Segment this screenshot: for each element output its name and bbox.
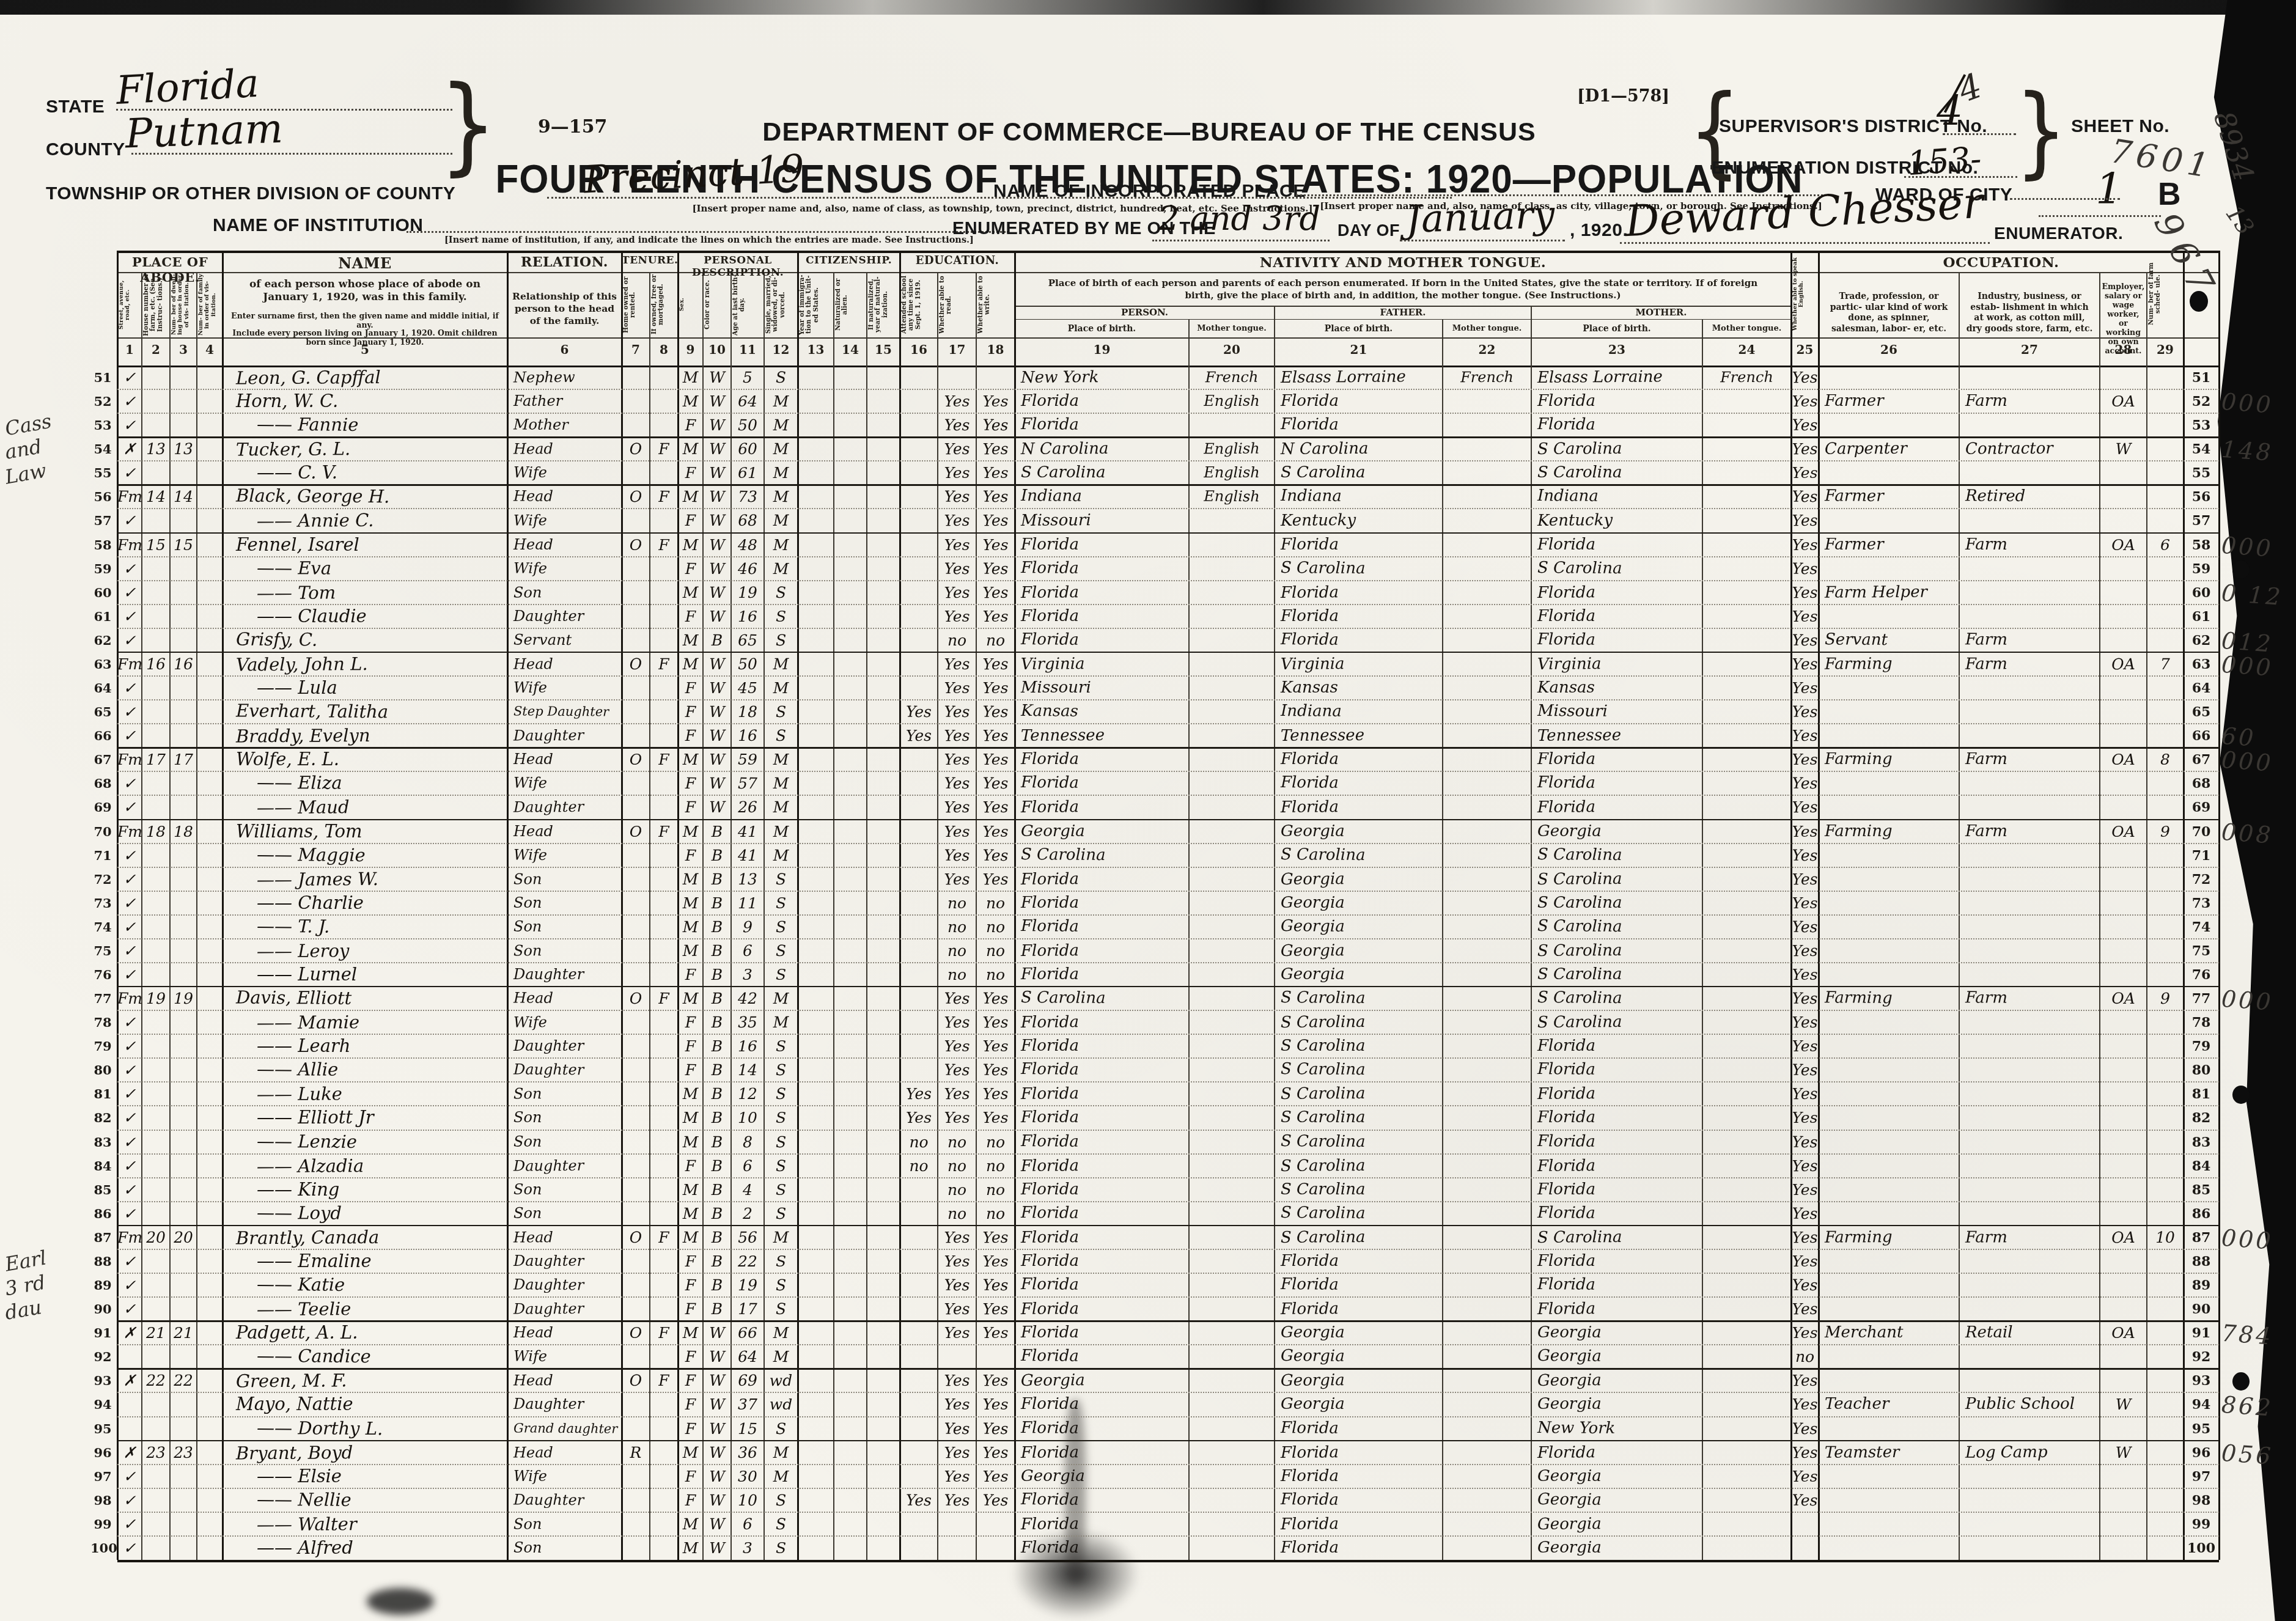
cell-pb: Florida [1015, 1418, 1189, 1443]
cell-rl: Step Daughter [507, 701, 622, 726]
cell-mb: Florida [1531, 391, 1702, 415]
cell-rd: no [938, 941, 976, 965]
cell-ag: 26 [731, 797, 764, 821]
cell-sx: F [678, 773, 703, 797]
cell-wr: no [976, 941, 1015, 965]
cell-en: Yes [1791, 1012, 1819, 1036]
cell-en: Yes [1791, 726, 1819, 749]
cell-m: F [650, 1227, 678, 1251]
line-number-left: 91 [90, 1325, 115, 1340]
cell-mb: S Carolina [1531, 1012, 1702, 1037]
cell-en: Yes [1791, 702, 1819, 726]
cell-en: Yes [1791, 583, 1819, 606]
line-number-left: 55 [90, 465, 115, 480]
cell-st: ✓ [117, 1155, 142, 1179]
cell-ms: M [764, 510, 798, 534]
cell-ag: 3 [731, 965, 764, 988]
cell-pb: Florida [1015, 1274, 1189, 1299]
column-number: 20 [1189, 342, 1275, 357]
cell-rd: Yes [938, 845, 976, 869]
cell-fa: 9 [2147, 988, 2184, 1012]
margin-tally: 000 [2221, 531, 2295, 563]
cell-pl: French [1189, 367, 1275, 392]
column-border [169, 272, 170, 1560]
cell-rl: Daughter [507, 1394, 622, 1418]
cell-ag: 16 [731, 726, 764, 749]
cell-rl: Daughter [507, 1251, 622, 1275]
cell-ms: M [764, 988, 798, 1012]
line-number: 66 [2184, 728, 2219, 744]
column-number: 29 [2147, 342, 2184, 357]
cell-sx: F [678, 415, 703, 439]
cell-mb: Georgia [1531, 1490, 1702, 1515]
line-number-left: 65 [90, 704, 115, 719]
cell-rl: Head [507, 535, 622, 559]
cell-ag: 6 [731, 941, 764, 965]
cell-en: Yes [1791, 1418, 1819, 1442]
cell-fb: Florida [1275, 1490, 1443, 1515]
cell-st: ✓ [117, 869, 142, 893]
cell-en: Yes [1791, 893, 1819, 917]
cell-sx: F [678, 1347, 703, 1370]
cell-ms: M [764, 654, 798, 678]
cell-nm: —— C. V. [223, 463, 507, 487]
cell-cr: B [703, 1299, 731, 1323]
cell-fb: Florida [1275, 1442, 1443, 1467]
margin-tally: 000 [2221, 985, 2295, 1017]
line-number: 93 [2184, 1373, 2219, 1389]
cell-ag: 16 [731, 1036, 764, 1060]
name-header-sub1: Enter surname first, then the given name… [227, 311, 502, 329]
cell-rl: Son [507, 1131, 622, 1156]
cell-dw: 14 [170, 487, 197, 510]
pob-header: Place of birth. [1531, 324, 1702, 334]
column-header-ag: Age at last birth- day. [732, 273, 763, 336]
cell-mb: Florida [1531, 630, 1702, 655]
cell-fb: S Carolina [1275, 1059, 1443, 1084]
cell-wr: Yes [976, 845, 1015, 869]
cell-rl: Head [507, 1227, 622, 1251]
column-header-sx: Sex. [679, 273, 702, 336]
line-number-left: 68 [90, 776, 115, 791]
cell-mb: S Carolina [1531, 988, 1702, 1013]
cell-ms: S [764, 1204, 798, 1227]
cell-mb: Florida [1531, 796, 1702, 822]
cell-pb: Florida [1015, 869, 1189, 894]
cell-ag: 9 [731, 917, 764, 941]
cell-ag: 4 [731, 1180, 764, 1204]
cell-wr: no [976, 1180, 1015, 1204]
cell-em: OA [2100, 654, 2147, 678]
cell-ms: S [764, 726, 798, 749]
cell-rl: Daughter [507, 726, 622, 750]
cell-pb: Florida [1015, 893, 1189, 917]
cell-en: Yes [1791, 1394, 1819, 1418]
cell-mb: Florida [1531, 535, 1702, 559]
cell-cr: W [703, 702, 731, 726]
cell-fb: Kentucky [1275, 510, 1443, 535]
cell-nm: Davis, Elliott [223, 987, 507, 1013]
cell-tr: Farming [1819, 822, 1959, 845]
cell-em: W [2100, 1442, 2147, 1466]
line-number: 63 [2184, 656, 2219, 672]
cell-sc: Yes [900, 1490, 938, 1515]
cell-em: OA [2100, 391, 2147, 415]
column-number: 7 [622, 342, 650, 357]
cell-fb: Florida [1275, 1298, 1443, 1323]
cell-wr: Yes [976, 510, 1015, 535]
cell-mb: Florida [1531, 1251, 1702, 1275]
cell-rd: Yes [938, 1060, 976, 1084]
cell-fb: Florida [1275, 414, 1443, 439]
mt-header: Mother tongue. [1443, 324, 1531, 333]
cell-sx: F [678, 1394, 703, 1418]
cell-cr: W [703, 654, 731, 678]
cell-sx: M [678, 869, 703, 893]
cell-fb: Georgia [1275, 1370, 1443, 1395]
column-number: 13 [798, 342, 834, 357]
line-number-left: 54 [90, 441, 115, 457]
cell-rd: no [938, 1131, 976, 1156]
cell-rd: Yes [938, 487, 976, 511]
cell-en: Yes [1791, 822, 1819, 845]
cell-cr: W [703, 773, 731, 797]
cell-st: ✓ [117, 965, 142, 988]
cell-hn: 20 [142, 1227, 170, 1251]
cell-rl: Wife [507, 463, 622, 487]
cell-en: Yes [1791, 654, 1819, 678]
line-number-left: 79 [90, 1038, 115, 1054]
cell-cr: W [703, 583, 731, 606]
cell-ag: 17 [731, 1299, 764, 1323]
cell-pb: Florida [1015, 1442, 1189, 1467]
cell-pb: Florida [1015, 1083, 1189, 1108]
cell-mb: S Carolina [1531, 869, 1702, 894]
cell-em: OA [2100, 1227, 2147, 1252]
relation-header-sub: Relationship of this person to the head … [512, 290, 617, 327]
cell-en: Yes [1791, 1370, 1819, 1394]
cell-sx: F [678, 702, 703, 726]
cell-sx: M [678, 439, 703, 463]
cell-en: Yes [1791, 1490, 1819, 1514]
line-number-left: 88 [90, 1254, 115, 1269]
cell-dw: 23 [170, 1442, 197, 1466]
cell-sx: F [678, 1275, 703, 1299]
name-header-main: of each person whose place of abode on J… [227, 278, 502, 304]
cell-nm: —— Allie [223, 1059, 507, 1085]
cell-st: ✓ [117, 1275, 142, 1299]
column-number: 18 [976, 342, 1015, 357]
cell-in: Farm [1959, 653, 2100, 678]
cell-en: Yes [1791, 1466, 1819, 1490]
cell-em: W [2100, 439, 2147, 463]
cell-o: O [622, 749, 650, 773]
cell-ms: M [764, 487, 798, 510]
cell-rd: Yes [938, 1275, 976, 1299]
line-number-left: 60 [90, 585, 115, 600]
column-number: 24 [1702, 342, 1791, 357]
cell-sc: Yes [900, 1108, 938, 1131]
cell-ag: 12 [731, 1084, 764, 1108]
cell-mb: Florida [1531, 1059, 1702, 1084]
cell-nm: —— Alzadia [223, 1155, 507, 1180]
line-number-left: 64 [90, 680, 115, 696]
cell-ms: S [764, 941, 798, 965]
cell-pb: Georgia [1015, 1466, 1189, 1490]
cell-ms: S [764, 1131, 798, 1155]
cell-pb: Florida [1015, 1131, 1189, 1156]
cell-st: ✗ [117, 1442, 142, 1466]
line-number: 97 [2184, 1469, 2219, 1485]
cell-wr: Yes [976, 1394, 1015, 1418]
cell-ag: 64 [731, 391, 764, 415]
cell-fb: Georgia [1275, 1323, 1443, 1347]
cell-fb: S Carolina [1275, 1155, 1443, 1180]
cell-en: Yes [1791, 1036, 1819, 1060]
cell-m: F [650, 1323, 678, 1347]
line-number-left: 85 [90, 1182, 115, 1197]
cell-wr: Yes [976, 678, 1015, 702]
cell-mb: S Carolina [1531, 965, 1702, 988]
line-number: 54 [2184, 441, 2219, 457]
cell-cr: W [703, 558, 731, 582]
cell-sx: M [678, 1538, 703, 1562]
cell-ag: 73 [731, 487, 764, 510]
cell-wr: Yes [976, 463, 1015, 487]
cell-en: Yes [1791, 391, 1819, 415]
line-number: 92 [2184, 1349, 2219, 1365]
cell-em: OA [2100, 535, 2147, 559]
cell-fb: Indiana [1275, 486, 1443, 511]
cell-st: ✓ [117, 1490, 142, 1514]
cell-nm: Padgett, A. L. [223, 1323, 507, 1347]
cell-rl: Son [507, 1203, 622, 1227]
cell-ag: 64 [731, 1347, 764, 1370]
column-header-tr: Trade, profession, or partic- ular kind … [1825, 292, 1953, 334]
line-number: 59 [2184, 561, 2219, 577]
margin-tally: 000 [2221, 1224, 2295, 1256]
line-number: 73 [2184, 895, 2219, 911]
column-header-dw: Num- ber of dwell- ing house in order of… [171, 273, 196, 336]
line-number: 53 [2184, 417, 2219, 433]
cell-st: ✓ [117, 558, 142, 582]
cell-tr: Carpenter [1819, 438, 1959, 463]
cell-fb: S Carolina [1275, 845, 1443, 870]
cell-wr: Yes [976, 582, 1015, 606]
cell-en: Yes [1791, 1204, 1819, 1227]
cell-sx: F [678, 1370, 703, 1394]
column-number: 25 [1791, 342, 1819, 357]
line-number: 64 [2184, 680, 2219, 696]
cell-ms: S [764, 702, 798, 726]
cell-rl: Daughter [507, 606, 622, 630]
cell-cr: W [703, 678, 731, 702]
cell-st: ✓ [117, 797, 142, 821]
cell-cr: W [703, 1418, 731, 1442]
cell-ms: M [764, 1227, 798, 1251]
cell-en: Yes [1791, 367, 1819, 391]
cell-nm: —— Eva [223, 557, 507, 583]
cell-fb: S Carolina [1275, 1083, 1443, 1108]
line-number: 65 [2184, 704, 2219, 720]
cell-nm: —— Nellie [223, 1489, 507, 1515]
cell-fb: Georgia [1275, 822, 1443, 845]
cell-cr: B [703, 845, 731, 869]
cell-sx: M [678, 535, 703, 559]
cell-hn: 18 [142, 822, 170, 845]
cell-ag: 69 [731, 1370, 764, 1394]
cell-pb: Florida [1015, 1059, 1189, 1084]
cell-cr: B [703, 1275, 731, 1299]
line-number: 57 [2184, 513, 2219, 529]
margin-tally: 148 [2221, 436, 2295, 468]
cell-em: OA [2100, 1323, 2147, 1347]
cell-ms: S [764, 1084, 798, 1108]
line-number: 52 [2184, 394, 2219, 410]
cell-en: Yes [1791, 749, 1819, 773]
cell-pb: Florida [1015, 535, 1189, 559]
cell-nm: —— Eliza [223, 773, 507, 798]
cell-cr: W [703, 726, 731, 749]
cell-cr: W [703, 415, 731, 439]
cell-rl: Son [507, 1108, 622, 1131]
cell-nm: —— Fannie [223, 414, 507, 440]
line-number: 60 [2184, 585, 2219, 601]
cell-dw: 17 [170, 749, 197, 773]
cell-fb: Florida [1275, 1538, 1443, 1562]
line-number-left: 95 [90, 1421, 115, 1436]
line-number-left: 89 [90, 1277, 115, 1293]
cell-wr: Yes [976, 1060, 1015, 1084]
cell-pb: Florida [1015, 749, 1189, 773]
cell-st: ✓ [117, 941, 142, 965]
cell-sx: M [678, 893, 703, 917]
column-border [2146, 272, 2147, 1560]
cell-wr: Yes [976, 1442, 1015, 1466]
line-number-left: 80 [90, 1062, 115, 1078]
cell-st: ✓ [117, 773, 142, 797]
cell-st: ✗ [117, 1323, 142, 1347]
line-number-left: 77 [90, 991, 115, 1006]
cell-en: Yes [1791, 415, 1819, 439]
cell-st: ✓ [117, 1036, 142, 1060]
cell-fb: Florida [1275, 606, 1443, 630]
cell-pb: Missouri [1015, 510, 1189, 535]
cell-wr: Yes [976, 1299, 1015, 1323]
cell-st: ✓ [117, 1299, 142, 1323]
margin-tally: 000 [2221, 388, 2295, 420]
cell-nm: —— King [223, 1180, 507, 1204]
cell-wr: Yes [976, 1251, 1015, 1275]
census-sheet: STATE Florida COUNTY Putnam } 9—157 DEPA… [0, 0, 2296, 1621]
cell-ms: M [764, 391, 798, 415]
group-title-occupation: OCCUPATION. [1819, 254, 2184, 271]
cell-ms: S [764, 1036, 798, 1060]
cell-ag: 41 [731, 845, 764, 869]
cell-st: ✓ [117, 1538, 142, 1562]
cell-rd: Yes [938, 510, 976, 535]
cell-rl: Son [507, 1513, 622, 1538]
cell-rl: Head [507, 1370, 622, 1395]
cell-fb: N Carolina [1275, 438, 1443, 463]
cell-pb: Georgia [1015, 1370, 1189, 1395]
cell-st: ✓ [117, 678, 142, 702]
cell-wr: Yes [976, 487, 1015, 511]
cell-sx: M [678, 1227, 703, 1251]
cell-pb: New York [1015, 367, 1189, 392]
cell-rd: Yes [938, 1084, 976, 1108]
cell-nm: Brantly, Canada [223, 1226, 507, 1252]
line-number-left: 56 [90, 489, 115, 504]
cell-mb: Florida [1531, 1442, 1702, 1467]
cell-cr: B [703, 1227, 731, 1251]
cell-sx: M [678, 583, 703, 606]
cell-wr: Yes [976, 1323, 1015, 1347]
line-number: 81 [2184, 1086, 2219, 1102]
cell-nm: —— Candice [223, 1346, 507, 1372]
cell-pb: Florida [1015, 965, 1189, 988]
line-number: 62 [2184, 633, 2219, 649]
cell-fb: S Carolina [1275, 463, 1443, 487]
cell-en: Yes [1791, 558, 1819, 582]
line-number-left: 66 [90, 728, 115, 743]
line-number: 75 [2184, 943, 2219, 959]
column-number: 11 [731, 342, 764, 357]
cell-ms: S [764, 1251, 798, 1275]
cell-m: F [650, 487, 678, 510]
line-number: 68 [2184, 776, 2219, 792]
cell-ag: 30 [731, 1466, 764, 1490]
cell-en: Yes [1791, 510, 1819, 534]
margin-tally: 000 [2221, 651, 2295, 683]
cell-sx: F [678, 606, 703, 630]
line-number-left: 100 [90, 1540, 115, 1556]
cell-nm: —— Tom [223, 581, 507, 607]
column-number: 14 [834, 342, 867, 357]
group-title-rule [117, 272, 2219, 273]
column-header-fm: Num- ber of family in order of vis- itat… [198, 273, 221, 336]
cell-rd: Yes [938, 773, 976, 798]
line-number-left: 92 [90, 1349, 115, 1364]
line-number: 69 [2184, 799, 2219, 815]
line-number: 98 [2184, 1493, 2219, 1509]
cell-wr: Yes [976, 439, 1015, 463]
cell-st: ✓ [117, 391, 142, 415]
cell-sx: M [678, 917, 703, 941]
column-number: 27 [1959, 342, 2100, 357]
cell-ag: 36 [731, 1442, 764, 1466]
cell-rd: Yes [938, 415, 976, 439]
cell-wr: Yes [976, 1490, 1015, 1515]
cell-fb: Kansas [1275, 678, 1443, 702]
cell-wr: Yes [976, 535, 1015, 559]
cell-mb: New York [1531, 1418, 1702, 1443]
cell-hn: 17 [142, 749, 170, 773]
column-border [866, 272, 867, 1560]
cell-em: OA [2100, 749, 2147, 773]
cell-ms: S [764, 1538, 798, 1562]
cell-rd: Yes [938, 726, 976, 750]
cell-ms: S [764, 583, 798, 606]
cell-ms: M [764, 845, 798, 869]
cell-ag: 60 [731, 439, 764, 463]
cell-o: O [622, 988, 650, 1012]
cell-ms: S [764, 1155, 798, 1179]
cell-pb: Tennessee [1015, 725, 1189, 750]
cell-st: ✗ [117, 1370, 142, 1394]
margin-tally: 000 [2221, 746, 2295, 778]
column-border-heavy [899, 251, 901, 1560]
